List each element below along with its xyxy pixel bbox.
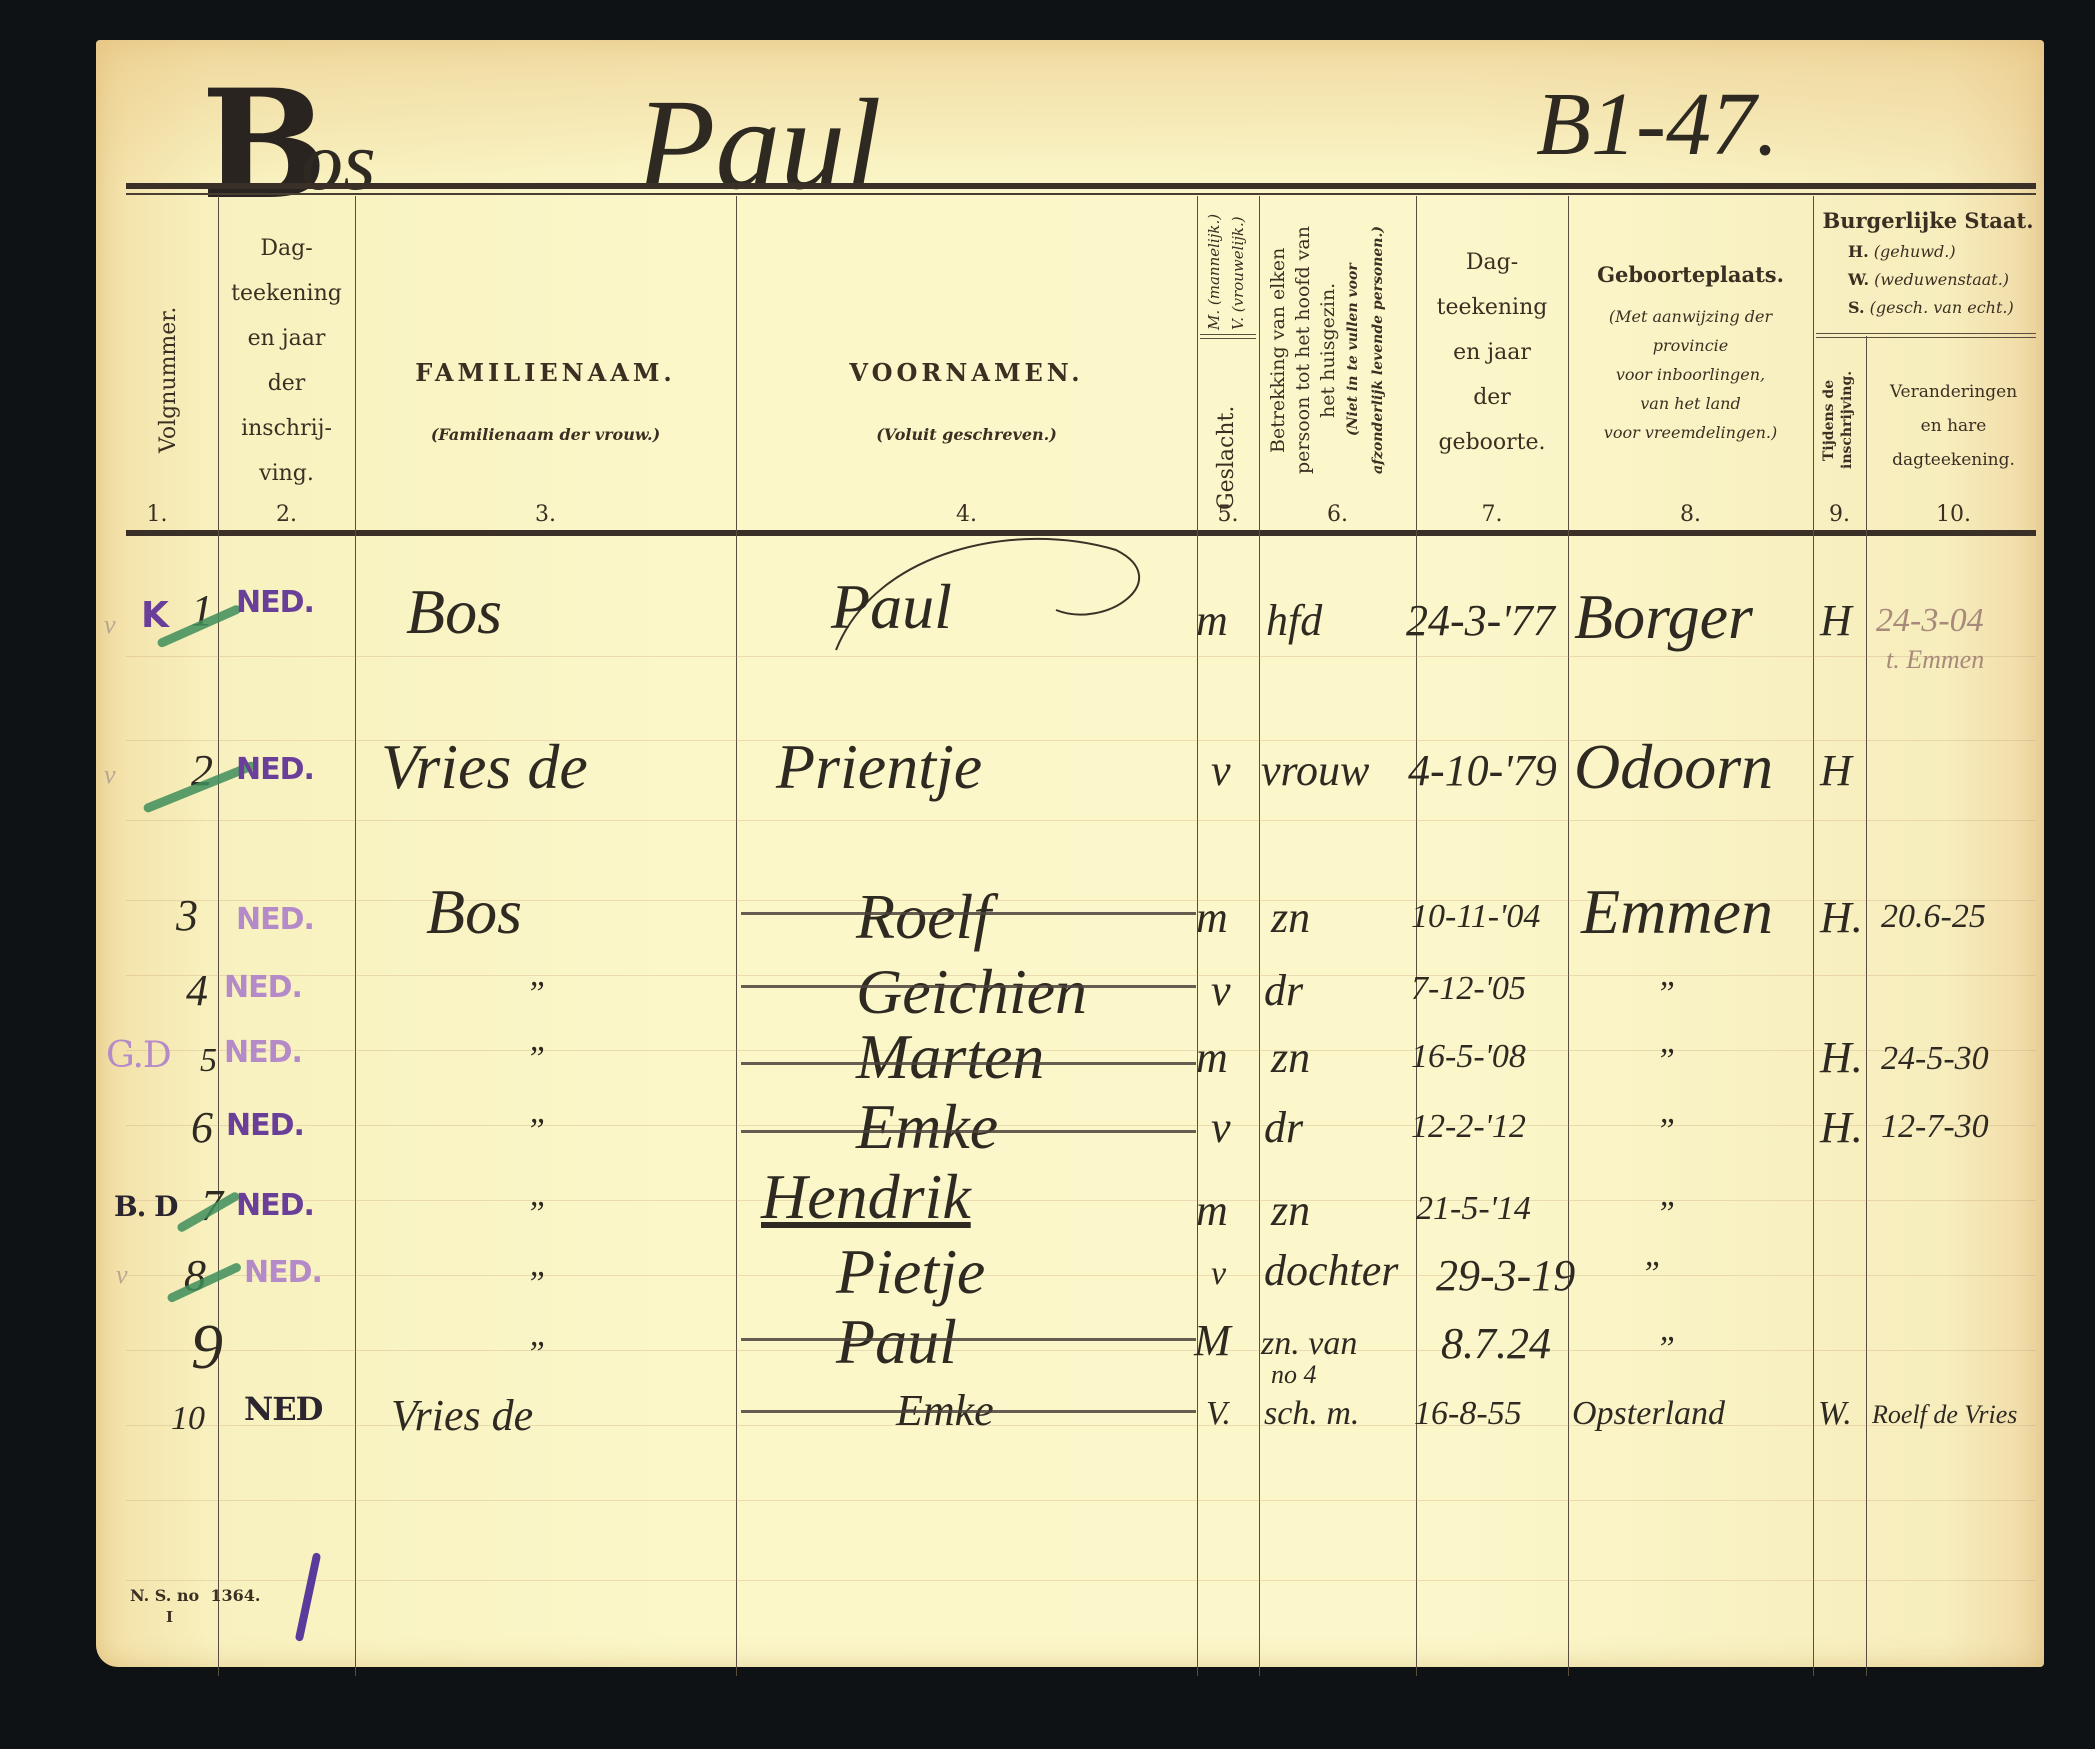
header-line: Veranderingen bbox=[1866, 375, 2041, 409]
row-voornamen: Emke bbox=[856, 1090, 998, 1164]
row-veranderingen: Roelf de Vries bbox=[1872, 1400, 2017, 1430]
header-tijdens-inschrijving: Tijdens de inschrijving. bbox=[1820, 355, 1856, 485]
row-volgnummer: 6 bbox=[191, 1102, 213, 1153]
row-familienaam: ” bbox=[526, 1265, 545, 1303]
row-familienaam: Bos bbox=[426, 875, 522, 949]
row-geslacht: m bbox=[1196, 1032, 1228, 1083]
geslacht-split bbox=[1200, 334, 1256, 339]
row-volgnummer: 10 bbox=[171, 1400, 205, 1438]
ruled-line bbox=[126, 1350, 2036, 1351]
row-geboortedatum: 4-10-'79 bbox=[1408, 745, 1557, 796]
header-note: voor inboorlingen, bbox=[1568, 360, 1813, 389]
row-betrekking: dr bbox=[1264, 1102, 1303, 1153]
strikethrough bbox=[741, 912, 1196, 915]
header-num-1: 1. bbox=[96, 502, 218, 527]
header-num-2: 2. bbox=[218, 502, 355, 527]
row-staat: H bbox=[1820, 745, 1852, 796]
row-geboortedatum: 7-12-'05 bbox=[1411, 970, 1526, 1008]
row-geboortedatum: 8.7.24 bbox=[1441, 1318, 1551, 1369]
row-geslacht: v bbox=[1211, 1255, 1226, 1293]
row-voornamen: Paul bbox=[836, 1305, 957, 1379]
header-num-7: 7. bbox=[1416, 502, 1568, 527]
nationality-stamp: NED. bbox=[224, 1035, 302, 1070]
row-geboorteplaats: ” bbox=[1641, 1255, 1660, 1293]
row-betrekking: zn bbox=[1271, 1032, 1310, 1083]
margin-stamp: K bbox=[141, 595, 168, 636]
header-line: der bbox=[218, 361, 355, 406]
row-geboortedatum: 29-3-19 bbox=[1436, 1250, 1575, 1301]
ruled-line bbox=[126, 1050, 2036, 1051]
header-num-10: 10. bbox=[1866, 502, 2041, 527]
row-betrekking: zn bbox=[1271, 1185, 1310, 1236]
ruled-line bbox=[126, 1200, 2036, 1201]
row-betrekking: sch. m. bbox=[1264, 1395, 1359, 1433]
row-voornamen: Roelf bbox=[856, 880, 991, 954]
column-divider bbox=[1259, 196, 1260, 1676]
ruled-line bbox=[126, 1580, 2036, 1581]
row-staat: H bbox=[1820, 595, 1852, 646]
row-veranderingen: 24-5-30 bbox=[1881, 1040, 1989, 1078]
form-sub: I bbox=[166, 1608, 173, 1626]
margin-stamp: B. D bbox=[114, 1190, 177, 1223]
header-line: der bbox=[1416, 375, 1568, 420]
nationality-stamp: NED. bbox=[236, 1188, 314, 1223]
row-familienaam: ” bbox=[526, 1040, 545, 1078]
header-dagteekening-geboorte: Dag- teekening en jaar der geboorte. bbox=[1416, 240, 1568, 465]
title-given-name: Paul bbox=[636, 80, 882, 210]
title-reference: B1-47. bbox=[1536, 80, 1778, 170]
header-line: teekening bbox=[1416, 285, 1568, 330]
nationality-stamp: NED. bbox=[236, 585, 314, 620]
ruled-line bbox=[126, 1125, 2036, 1126]
staat-option-h: H. (gehuwd.) bbox=[1848, 238, 2014, 266]
row-familienaam: ” bbox=[526, 975, 545, 1013]
header-line: Betrekking van elken bbox=[1267, 247, 1289, 452]
header-geboorteplaats: Geboorteplaats. bbox=[1568, 262, 1813, 287]
header-betrekking: Betrekking van elken persoon tot het hoo… bbox=[1266, 200, 1391, 500]
row-familienaam: ” bbox=[526, 1112, 545, 1150]
row-geslacht: V. bbox=[1206, 1395, 1231, 1433]
row-geboortedatum: 24-3-'77 bbox=[1406, 595, 1555, 646]
header-num-8: 8. bbox=[1568, 502, 1813, 527]
row-veranderingen-note: t. Emmen bbox=[1886, 645, 1984, 675]
header-v-vrouwelijk: V. (vrouwelijk.) bbox=[1229, 216, 1247, 330]
strikethrough bbox=[741, 1410, 1196, 1413]
row-geslacht: v bbox=[1211, 965, 1231, 1016]
header-line: het huisgezin. bbox=[1317, 282, 1339, 417]
row-staat: H. bbox=[1820, 892, 1863, 943]
strikethrough bbox=[741, 1130, 1196, 1133]
row-voornamen: Paul bbox=[831, 570, 952, 644]
strikethrough bbox=[741, 1338, 1196, 1341]
staat-split bbox=[1816, 333, 2036, 338]
ruled-line bbox=[126, 1275, 2036, 1276]
staat-option-w: W. (weduwenstaat.) bbox=[1848, 266, 2014, 294]
row-betrekking: zn. van bbox=[1261, 1325, 1357, 1363]
header-volgnummer: Volgnummer. bbox=[146, 290, 191, 470]
column-divider bbox=[1866, 336, 1867, 1676]
row-volgnummer: 3 bbox=[176, 890, 198, 941]
row-veranderingen: 24-3-04 bbox=[1876, 602, 1984, 640]
strikethrough bbox=[741, 985, 1196, 988]
header-geslacht-codes: M. (mannelijk.) V. (vrouwelijk.) bbox=[1202, 200, 1250, 330]
row-geboortedatum: 10-11-'04 bbox=[1411, 898, 1540, 936]
check-tick: v bbox=[104, 760, 116, 790]
header-familienaam-sub: (Familienaam der vrouw.) bbox=[355, 425, 736, 444]
row-geslacht: m bbox=[1196, 1185, 1228, 1236]
row-geboortedatum: 21-5-'14 bbox=[1416, 1190, 1531, 1228]
header-line: ving. bbox=[218, 451, 355, 496]
staat-option-s: S. (gesch. van echt.) bbox=[1848, 294, 2014, 322]
row-familienaam: Vries de bbox=[381, 730, 588, 804]
row-betrekking: hfd bbox=[1266, 595, 1322, 646]
header-voornamen-sub: (Voluit geschreven.) bbox=[736, 425, 1197, 444]
row-voornamen: Prientje bbox=[776, 730, 982, 804]
header-note: provincie bbox=[1568, 331, 1813, 360]
row-betrekking: dr bbox=[1264, 965, 1303, 1016]
row-geboorteplaats: ” bbox=[1656, 1195, 1675, 1233]
ruled-line bbox=[126, 1500, 2036, 1501]
row-geboorteplaats: ” bbox=[1656, 1330, 1675, 1368]
row-geboortedatum: 16-5-'08 bbox=[1411, 1038, 1526, 1076]
header-note: van het land bbox=[1568, 389, 1813, 418]
row-geboorteplaats: Borger bbox=[1574, 580, 1753, 654]
nationality-stamp: NED. bbox=[224, 970, 302, 1005]
header-line: Dag- bbox=[218, 226, 355, 271]
form-code: N. S. no 1364. bbox=[130, 1586, 260, 1605]
margin-stamp: G.D bbox=[106, 1035, 171, 1076]
header-line: Tijdens de bbox=[1821, 379, 1837, 460]
row-familienaam: Bos bbox=[406, 575, 502, 649]
header-line: geboorte. bbox=[1416, 420, 1568, 465]
header-note: (Niet in te vullen voor bbox=[1345, 264, 1361, 437]
header-top-rule-thin bbox=[126, 193, 2036, 195]
row-betrekking: zn bbox=[1271, 892, 1310, 943]
check-tick: v bbox=[116, 1260, 128, 1290]
header-geboorteplaats-note: (Met aanwijzing der provincie voor inboo… bbox=[1568, 302, 1813, 447]
strikethrough bbox=[741, 1062, 1196, 1065]
header-geslacht: Geslacht. bbox=[1214, 370, 1239, 510]
row-geboorteplaats: ” bbox=[1656, 1042, 1675, 1080]
header-staat-options: H. (gehuwd.) W. (weduwenstaat.) S. (gesc… bbox=[1848, 238, 2014, 322]
purple-mark bbox=[295, 1552, 322, 1642]
register-card: B os Paul B1-47. Volgnummer. 1. Dag- tee… bbox=[96, 40, 2044, 1667]
header-note: (Met aanwijzing der bbox=[1568, 302, 1813, 331]
header-veranderingen: Veranderingen en hare dagteekening. bbox=[1866, 375, 2041, 477]
header-num-3: 3. bbox=[355, 502, 736, 527]
header-line: inschrijving. bbox=[1839, 371, 1855, 469]
header-voornamen: VOORNAMEN. bbox=[736, 358, 1197, 387]
header-line: dagteekening. bbox=[1866, 443, 2041, 477]
header-num-6: 6. bbox=[1259, 502, 1416, 527]
row-geboorteplaats: ” bbox=[1656, 975, 1675, 1013]
row-geslacht: v bbox=[1211, 745, 1231, 796]
row-familienaam: ” bbox=[526, 1335, 545, 1373]
header-line: Dag- bbox=[1416, 240, 1568, 285]
ruled-line bbox=[126, 820, 2036, 821]
row-volgnummer: 5 bbox=[200, 1042, 217, 1080]
nationality-stamp: NED. bbox=[244, 1255, 322, 1290]
row-staat: H. bbox=[1820, 1102, 1863, 1153]
row-volgnummer: 9 bbox=[191, 1310, 223, 1384]
form-number: 1364. bbox=[210, 1586, 260, 1605]
header-line: en jaar bbox=[218, 316, 355, 361]
column-divider bbox=[355, 196, 356, 1676]
header-dagteekening-inschrijving: Dag- teekening en jaar der inschrij- vin… bbox=[218, 226, 355, 496]
row-staat: H. bbox=[1820, 1032, 1863, 1083]
header-line: en jaar bbox=[1416, 330, 1568, 375]
nationality-stamp: NED. bbox=[236, 902, 314, 937]
row-familienaam: ” bbox=[526, 1195, 545, 1233]
nationality-stamp: NED. bbox=[236, 752, 314, 787]
row-geslacht: v bbox=[1211, 1102, 1231, 1153]
header-note: afzonderlijk levende personen.) bbox=[1370, 226, 1386, 474]
header-line: en hare bbox=[1866, 409, 2041, 443]
nationality-stamp: NED. bbox=[226, 1108, 304, 1143]
row-voornamen: Hendrik bbox=[761, 1160, 971, 1234]
row-voornamen: Geichien bbox=[856, 955, 1087, 1029]
header-m-mannelijk: M. (mannelijk.) bbox=[1205, 214, 1223, 330]
row-voornamen: Pietje bbox=[836, 1235, 985, 1309]
row-betrekking: dochter bbox=[1264, 1245, 1398, 1296]
row-veranderingen: 20.6-25 bbox=[1881, 898, 1986, 936]
row-staat: W. bbox=[1818, 1395, 1852, 1433]
row-betrekking-note: no 4 bbox=[1271, 1360, 1317, 1390]
row-volgnummer: 4 bbox=[186, 965, 208, 1016]
header-num-5: 5. bbox=[1197, 502, 1259, 527]
header-line: teekening bbox=[218, 271, 355, 316]
row-betrekking: vrouw bbox=[1261, 745, 1369, 796]
row-geboorteplaats: Opsterland bbox=[1572, 1395, 1725, 1433]
header-burgerlijke-staat: Burgerlijke Staat. bbox=[1813, 208, 2043, 233]
row-geslacht: m bbox=[1196, 595, 1228, 646]
row-voornamen: Marten bbox=[856, 1020, 1044, 1094]
header-line: inschrij- bbox=[218, 406, 355, 451]
header-top-rule bbox=[126, 183, 2036, 189]
nationality-stamp: NED bbox=[244, 1390, 322, 1428]
row-geslacht: M bbox=[1194, 1315, 1231, 1366]
row-geboorteplaats: Emmen bbox=[1581, 875, 1773, 949]
header-line: persoon tot het hoofd van bbox=[1292, 226, 1314, 474]
row-geboorteplaats: Odoorn bbox=[1574, 730, 1773, 804]
header-note: voor vreemdelingen.) bbox=[1568, 418, 1813, 447]
row-geslacht: m bbox=[1196, 892, 1228, 943]
column-divider bbox=[1813, 196, 1814, 1676]
row-geboortedatum: 12-2-'12 bbox=[1411, 1108, 1526, 1146]
row-veranderingen: 12-7-30 bbox=[1881, 1108, 1989, 1146]
row-geboorteplaats: ” bbox=[1656, 1112, 1675, 1150]
header-familienaam: FAMILIENAAM. bbox=[355, 358, 736, 387]
header-num-9: 9. bbox=[1813, 502, 1866, 527]
row-familienaam: Vries de bbox=[391, 1390, 533, 1441]
form-code-label: N. S. no bbox=[130, 1586, 199, 1605]
row-geboortedatum: 16-8-55 bbox=[1414, 1395, 1522, 1433]
title-surname-rest: os bbox=[301, 120, 376, 204]
column-divider bbox=[736, 196, 737, 1676]
check-tick: v bbox=[104, 610, 116, 640]
